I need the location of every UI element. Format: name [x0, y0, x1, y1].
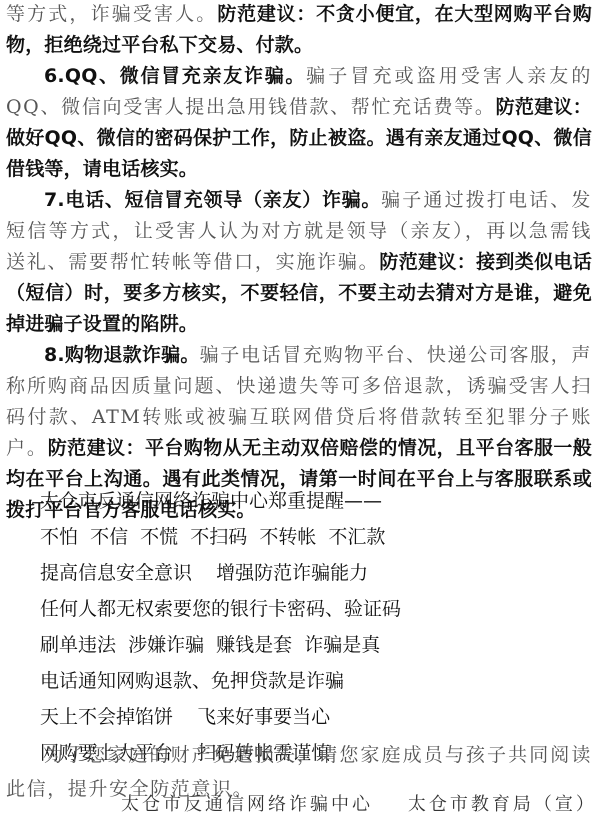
item-title: 7.电话、短信冒充领导（亲友）诈骗。: [44, 189, 381, 211]
slogan-line: 不怕 不信 不慌 不扫码 不转帐 不汇款: [40, 519, 401, 555]
body-text: 等方式，诈骗受害人。防范建议：不贪小便宜，在大型网购平台购物，拒绝绕过平台私下交…: [2, 0, 596, 526]
slogan-line: 刷单违法 涉嫌诈骗 赚钱是套 诈骗是真: [40, 627, 401, 663]
item-7-paragraph: 7.电话、短信冒充领导（亲友）诈骗。骗子通过拨打电话、发短信等方式，让受害人认为…: [2, 185, 596, 340]
item-title: 6.QQ、微信冒充亲友诈骗。: [44, 65, 306, 87]
item-title: 8.购物退款诈骗。: [44, 344, 200, 366]
description-text: 等方式，诈骗受害人。: [6, 3, 217, 25]
slogan-line: 任何人都无权索要您的银行卡密码、验证码: [40, 591, 401, 627]
slogan-heading: 太仓市反通信网络诈骗中心郑重提醒——: [40, 483, 401, 519]
document-page: 等方式，诈骗受害人。防范建议：不贪小便宜，在大型网购平台购物，拒绝绕过平台私下交…: [0, 0, 600, 823]
slogan-line: 电话通知网购退款、免押贷款是诈骗: [40, 663, 401, 699]
reminder-slogans: 太仓市反通信网络诈骗中心郑重提醒—— 不怕 不信 不慌 不扫码 不转帐 不汇款 …: [40, 483, 401, 771]
item-6-paragraph: 6.QQ、微信冒充亲友诈骗。骗子冒充或盗用受害人亲友的QQ、微信向受害人提出急用…: [2, 61, 596, 185]
slogan-line: 天上不会掉馅饼 飞来好事要当心: [40, 699, 401, 735]
slogan-line: 提高信息安全意识 增强防范诈骗能力: [40, 555, 401, 591]
signature: 太仓市反通信网络诈骗中心 太仓市教育局（宣）: [121, 790, 597, 816]
paragraph-continued: 等方式，诈骗受害人。防范建议：不贪小便宜，在大型网购平台购物，拒绝绕过平台私下交…: [2, 0, 596, 61]
